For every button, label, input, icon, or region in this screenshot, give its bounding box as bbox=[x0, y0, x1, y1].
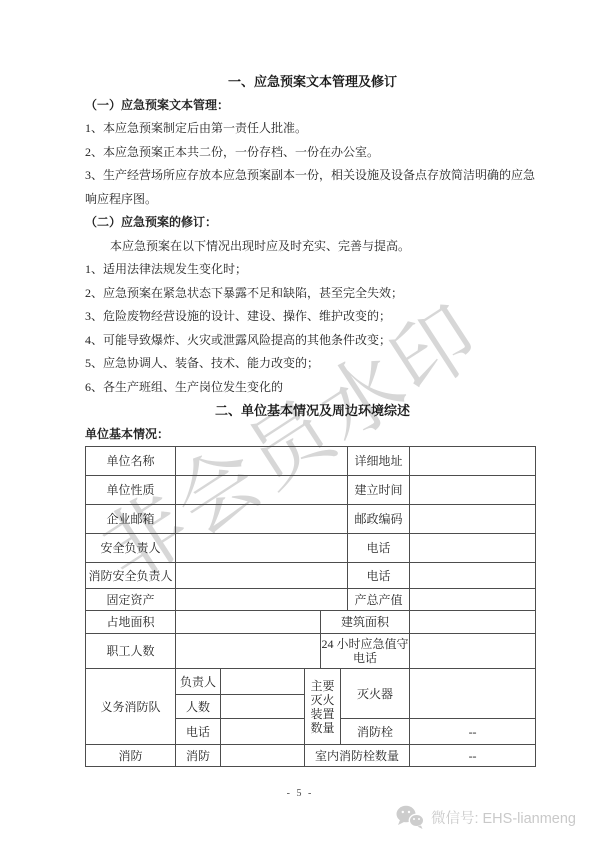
cell-value bbox=[410, 634, 536, 669]
cell-value bbox=[176, 534, 348, 563]
cell-label: 建立时间 bbox=[348, 476, 410, 505]
section1-item: 1、本应急预案制定后由第一责任人批准。 bbox=[85, 117, 540, 141]
cell-label: 灭火器 bbox=[341, 669, 410, 719]
cell-label: 职工人数 bbox=[86, 634, 176, 669]
table-row: 消防 消防 室内消防栓数量 -- bbox=[86, 745, 536, 767]
cell-label: 占地面积 bbox=[86, 611, 176, 634]
wechat-icon bbox=[395, 804, 425, 830]
cell-value bbox=[221, 695, 305, 719]
cell-label: 电话 bbox=[348, 563, 410, 589]
section1-heading1: （一）应急预案文本管理： bbox=[85, 94, 540, 118]
section1-item: 5、应急协调人、装备、技术、能力改变的； bbox=[85, 352, 540, 376]
section1-heading2: （二）应急预案的修订： bbox=[85, 211, 540, 235]
cell-label: 消防 bbox=[176, 745, 221, 767]
section1-item: 6、各生产班组、生产岗位发生变化的 bbox=[85, 376, 540, 400]
document-page: 非会员水印 一、应急预案文本管理及修订 （一）应急预案文本管理： 1、本应急预案… bbox=[0, 0, 600, 848]
cell-value bbox=[221, 719, 305, 745]
cell-label: 消防 bbox=[86, 745, 176, 767]
cell-value bbox=[176, 476, 348, 505]
table-row: 企业邮箱 邮政编码 bbox=[86, 505, 536, 534]
wechat-footer: 微信号: EHS-lianmeng bbox=[395, 804, 576, 830]
section2-title: 二、单位基本情况及周边环境综述 bbox=[85, 399, 540, 423]
cell-label: 人数 bbox=[176, 695, 221, 719]
table-row: 职工人数 24 小时应急值守电话 bbox=[86, 634, 536, 669]
cell-label: 室内消防栓数量 bbox=[305, 745, 410, 767]
section2-subheading: 单位基本情况： bbox=[85, 423, 540, 447]
cell-label: 产总产值 bbox=[348, 589, 410, 611]
cell-label: 电话 bbox=[176, 719, 221, 745]
cell-value bbox=[410, 534, 536, 563]
table-row: 单位名称 详细地址 bbox=[86, 447, 536, 476]
cell-value: -- bbox=[410, 745, 536, 767]
table-row: 安全负责人 电话 bbox=[86, 534, 536, 563]
cell-value bbox=[176, 611, 321, 634]
cell-label: 24 小时应急值守电话 bbox=[321, 634, 410, 669]
cell-label: 企业邮箱 bbox=[86, 505, 176, 534]
cell-label: 详细地址 bbox=[348, 447, 410, 476]
cell-value bbox=[176, 589, 348, 611]
cell-label: 单位名称 bbox=[86, 447, 176, 476]
cell-value: -- bbox=[410, 719, 536, 745]
cell-value bbox=[221, 745, 305, 767]
cell-label-device: 主要灭火装置数量 bbox=[305, 669, 341, 745]
section1-item: 2、本应急预案正本共二份，一份存档、一份在办公室。 bbox=[85, 141, 540, 165]
cell-label: 电话 bbox=[348, 534, 410, 563]
section1-item: 3、生产经营场所应存放本应急预案副本一份，相关设施及设备点存放简洁明确的应急响应… bbox=[85, 164, 540, 211]
section1-title: 一、应急预案文本管理及修订 bbox=[85, 70, 540, 94]
cell-value bbox=[176, 447, 348, 476]
section1-intro2: 本应急预案在以下情况出现时应及时充实、完善与提高。 bbox=[85, 235, 540, 259]
table-row: 消防安全负责人 电话 bbox=[86, 563, 536, 589]
unit-info-table: 单位名称 详细地址 单位性质 建立时间 企业邮箱 邮政编码 bbox=[85, 446, 536, 767]
section1-item: 3、危险废物经营设施的设计、建设、操作、维护改变的； bbox=[85, 305, 540, 329]
cell-value bbox=[221, 669, 305, 695]
cell-label: 固定资产 bbox=[86, 589, 176, 611]
cell-value bbox=[176, 505, 348, 534]
cell-label: 消防安全负责人 bbox=[86, 563, 176, 589]
cell-label: 邮政编码 bbox=[348, 505, 410, 534]
cell-label: 建筑面积 bbox=[321, 611, 410, 634]
section1-item: 1、适用法律法规发生变化时； bbox=[85, 258, 540, 282]
cell-label: 消防栓 bbox=[341, 719, 410, 745]
section1-item: 4、可能导致爆炸、火灾或泄露风险提高的其他条件改变； bbox=[85, 329, 540, 353]
cell-value bbox=[410, 476, 536, 505]
cell-value bbox=[410, 505, 536, 534]
cell-label: 负责人 bbox=[176, 669, 221, 695]
table-row: 固定资产 产总产值 bbox=[86, 589, 536, 611]
cell-label: 单位性质 bbox=[86, 476, 176, 505]
table-row: 单位性质 建立时间 bbox=[86, 476, 536, 505]
section1-item: 2、应急预案在紧急状态下暴露不足和缺陷，甚至完全失效； bbox=[85, 282, 540, 306]
cell-value bbox=[176, 563, 348, 589]
table-row: 义务消防队 负责人 主要灭火装置数量 灭火器 bbox=[86, 669, 536, 695]
document-content: 一、应急预案文本管理及修订 （一）应急预案文本管理： 1、本应急预案制定后由第一… bbox=[85, 70, 540, 767]
cell-value bbox=[410, 589, 536, 611]
cell-value bbox=[410, 669, 536, 719]
cell-value bbox=[410, 611, 536, 634]
cell-value bbox=[410, 447, 536, 476]
cell-label: 安全负责人 bbox=[86, 534, 176, 563]
page-number: - 5 - bbox=[0, 788, 600, 799]
cell-label-fire-brigade: 义务消防队 bbox=[86, 669, 176, 745]
cell-value bbox=[176, 634, 321, 669]
table-row: 占地面积 建筑面积 bbox=[86, 611, 536, 634]
cell-value bbox=[410, 563, 536, 589]
wechat-label: 微信号: EHS-lianmeng bbox=[431, 807, 576, 828]
